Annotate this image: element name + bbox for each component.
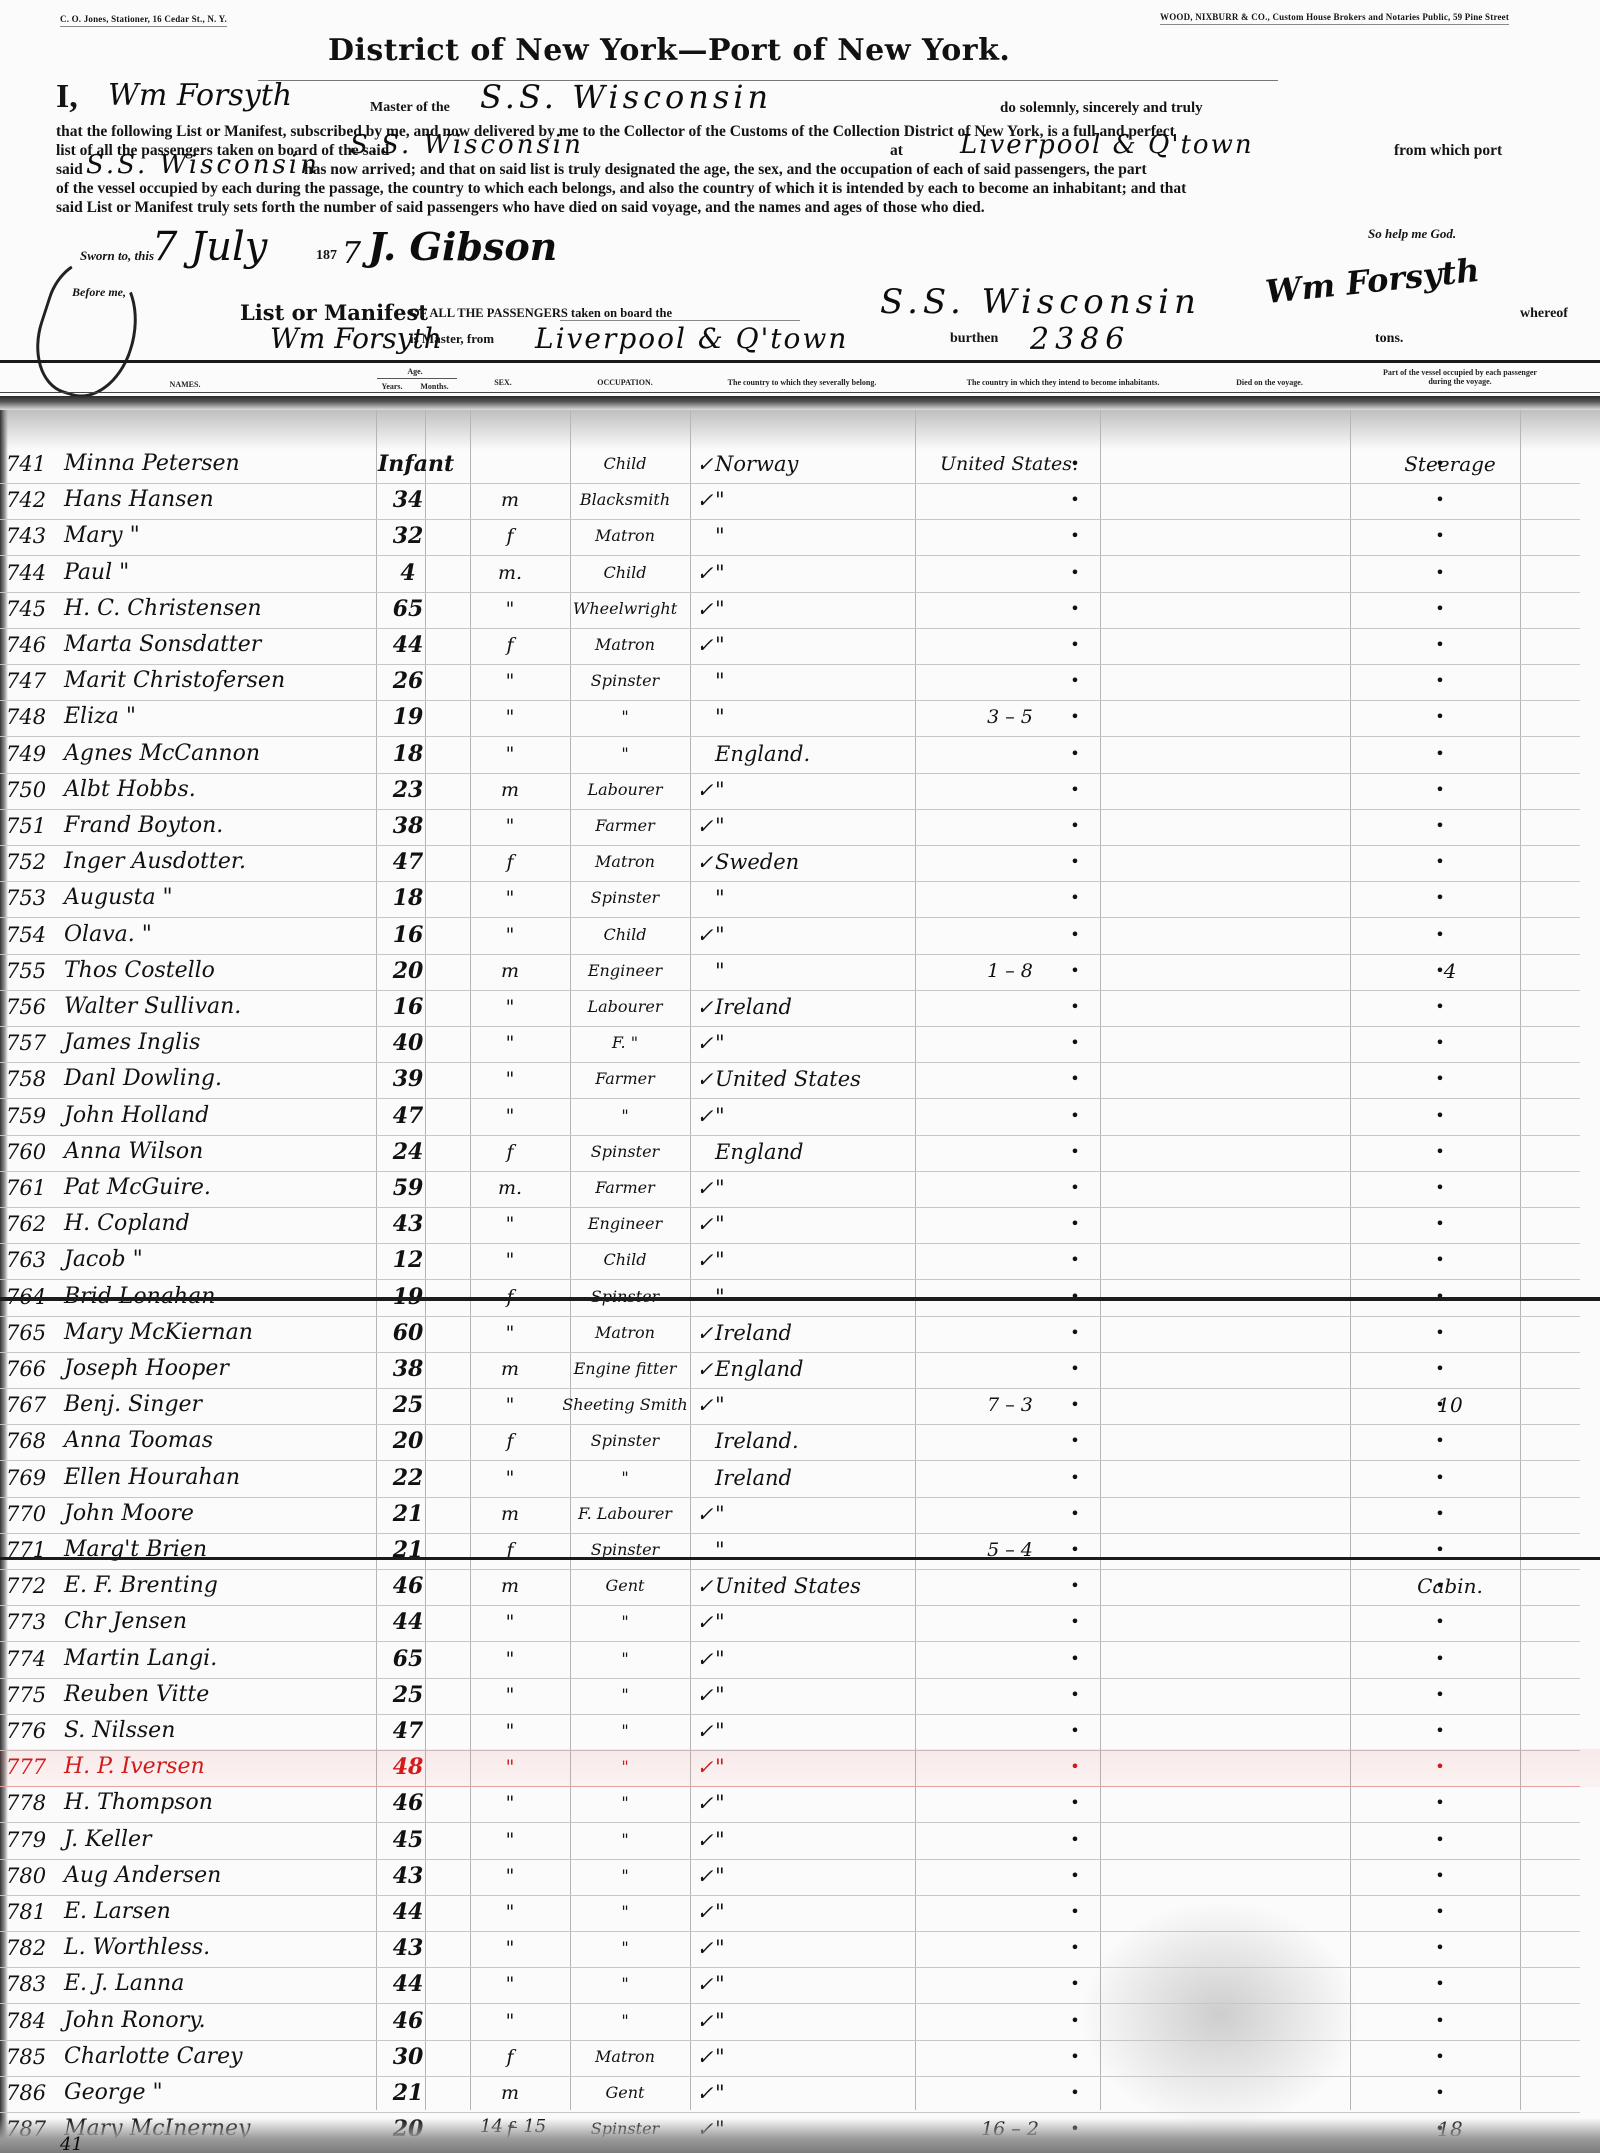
passenger-number: 786 bbox=[6, 2079, 62, 2107]
passenger-sex: " bbox=[470, 1246, 550, 1274]
ditto-mark: • bbox=[1430, 1717, 1450, 1745]
ditto-mark: • bbox=[1430, 1427, 1450, 1455]
passenger-age: 65 bbox=[378, 595, 438, 623]
passenger-occupation: Wheelwright bbox=[560, 595, 690, 623]
passenger-name: Martin Langi. bbox=[64, 1645, 374, 1673]
table-row: 750Albt Hobbs.23mLabourer✓"•• bbox=[0, 772, 1600, 810]
table-row: 765Mary McKiernan60"Matron✓Ireland•• bbox=[0, 1315, 1600, 1353]
ditto-mark: • bbox=[1065, 486, 1085, 514]
passenger-occupation: " bbox=[560, 2007, 690, 2035]
ditto-mark: • bbox=[1430, 1862, 1450, 1890]
passenger-name: E. F. Brenting bbox=[64, 1572, 374, 1600]
passenger-name: Inger Ausdotter. bbox=[64, 848, 374, 876]
country-belong: " bbox=[715, 1174, 915, 1202]
ditto-mark: • bbox=[1430, 1970, 1450, 1998]
passenger-sex: f bbox=[470, 522, 550, 550]
passenger-occupation: " bbox=[560, 1645, 690, 1673]
passenger-age: 44 bbox=[378, 1970, 438, 1998]
passenger-number: 766 bbox=[6, 1355, 62, 1383]
passenger-number: 748 bbox=[6, 703, 62, 731]
ditto-mark: • bbox=[1430, 1826, 1450, 1854]
vessel-part: Steerage bbox=[1350, 450, 1550, 478]
passenger-age: 59 bbox=[378, 1174, 438, 1202]
country-belong: " bbox=[715, 1681, 915, 1709]
ditto-mark: • bbox=[1065, 740, 1085, 768]
passenger-number: 754 bbox=[6, 921, 62, 949]
country-belong: Norway bbox=[715, 450, 915, 478]
passenger-number: 759 bbox=[6, 1102, 62, 1130]
master-name-handwritten: Wm Forsyth bbox=[108, 78, 292, 113]
passenger-age: 43 bbox=[378, 1862, 438, 1890]
passenger-occupation: F. " bbox=[560, 1029, 690, 1057]
passenger-name: Mary McKiernan bbox=[64, 1319, 374, 1347]
passenger-name: J. Keller bbox=[64, 1826, 374, 1854]
table-row: 776S. Nilssen47""✓"•• bbox=[0, 1713, 1600, 1751]
header-top-rule bbox=[0, 360, 1600, 363]
ditto-mark: • bbox=[1430, 921, 1450, 949]
ditto-mark: • bbox=[1430, 1029, 1450, 1057]
country-belong: " bbox=[715, 703, 915, 731]
passenger-sex: f bbox=[470, 631, 550, 659]
ditto-mark: • bbox=[1065, 1246, 1085, 1274]
country-belong: " bbox=[715, 1862, 915, 1890]
passenger-age: 60 bbox=[378, 1319, 438, 1347]
passenger-age: 38 bbox=[378, 1355, 438, 1383]
ditto-mark: • bbox=[1430, 884, 1450, 912]
oath-line-4-vessel: S.S. Wisconsin bbox=[86, 150, 320, 180]
age-divider bbox=[377, 378, 457, 379]
ditto-mark: • bbox=[1430, 776, 1450, 804]
passenger-name: Walter Sullivan. bbox=[64, 993, 374, 1021]
passenger-name: Olava. " bbox=[64, 921, 374, 949]
page-title: District of New York—Port of New York. bbox=[328, 33, 1010, 68]
ditto-mark: • bbox=[1430, 740, 1450, 768]
passenger-age: 47 bbox=[378, 848, 438, 876]
passenger-sex: " bbox=[470, 595, 550, 623]
passenger-name: H. P. Iversen bbox=[64, 1753, 374, 1781]
ditto-mark: • bbox=[1430, 1065, 1450, 1093]
oath-line-4-said: said bbox=[56, 160, 83, 179]
passenger-sex: " bbox=[470, 1898, 550, 1926]
table-row: 769Ellen Hourahan22""Ireland•• bbox=[0, 1460, 1600, 1498]
country-intend: United States. bbox=[940, 450, 1230, 478]
passenger-age: 20 bbox=[378, 957, 438, 985]
passenger-age: 47 bbox=[378, 1102, 438, 1130]
passenger-sex: " bbox=[470, 1789, 550, 1817]
passenger-occupation: " bbox=[560, 1102, 690, 1130]
passenger-number: 743 bbox=[6, 522, 62, 550]
ditto-mark: • bbox=[1430, 1138, 1450, 1166]
passenger-sex: m bbox=[470, 2079, 550, 2107]
passenger-number: 772 bbox=[6, 1572, 62, 1600]
passenger-number: 778 bbox=[6, 1789, 62, 1817]
passenger-sex: " bbox=[470, 1319, 550, 1347]
ditto-mark: • bbox=[1430, 1391, 1450, 1419]
tons-label: tons. bbox=[1375, 331, 1403, 347]
passenger-age: 23 bbox=[378, 776, 438, 804]
passenger-name: Marta Sonsdatter bbox=[64, 631, 374, 659]
passenger-sex: m. bbox=[470, 1174, 550, 1202]
passenger-age: 65 bbox=[378, 1645, 438, 1673]
oath-line-3-vessel: S.S. Wisconsin bbox=[350, 130, 584, 160]
passenger-occupation: Engineer bbox=[560, 1210, 690, 1238]
passenger-age: 47 bbox=[378, 1717, 438, 1745]
country-belong: " bbox=[715, 559, 915, 587]
manifest-of-all: OF ALL THE PASSENGERS taken on board the bbox=[410, 306, 672, 321]
passenger-occupation: Spinster bbox=[560, 1138, 690, 1166]
passenger-age: 25 bbox=[378, 1681, 438, 1709]
table-row: 773Chr Jensen44""✓"•• bbox=[0, 1604, 1600, 1642]
ditto-mark: • bbox=[1065, 921, 1085, 949]
passenger-name: S. Nilssen bbox=[64, 1717, 374, 1745]
passenger-occupation: Engine fitter bbox=[560, 1355, 690, 1383]
country-belong: Ireland. bbox=[715, 1427, 915, 1455]
ditto-mark: • bbox=[1065, 2007, 1085, 2035]
passenger-sex: " bbox=[470, 1681, 550, 1709]
passenger-occupation: Child bbox=[560, 1246, 690, 1274]
ditto-mark: • bbox=[1065, 1464, 1085, 1492]
passenger-name: Anna Toomas bbox=[64, 1427, 374, 1455]
ditto-mark: • bbox=[1065, 631, 1085, 659]
ditto-mark: • bbox=[1430, 1681, 1450, 1709]
ditto-mark: • bbox=[1065, 812, 1085, 840]
master-signature: Wm Forsyth bbox=[1264, 251, 1482, 311]
country-belong: " bbox=[715, 2007, 915, 2035]
ditto-mark: • bbox=[1430, 1102, 1450, 1130]
ditto-mark: • bbox=[1430, 2007, 1450, 2035]
ditto-mark: • bbox=[1430, 667, 1450, 695]
passenger-name: E. Larsen bbox=[64, 1898, 374, 1926]
so-help-me-god: So help me God. bbox=[1368, 226, 1456, 242]
ditto-mark: • bbox=[1065, 1355, 1085, 1383]
passenger-occupation: " bbox=[560, 1753, 690, 1781]
intend-annotation: 1 – 8 bbox=[945, 957, 1075, 985]
passenger-sex: " bbox=[470, 1645, 550, 1673]
passenger-number: 752 bbox=[6, 848, 62, 876]
ditto-mark: • bbox=[1430, 1645, 1450, 1673]
passenger-name: George " bbox=[64, 2079, 374, 2107]
country-belong: England bbox=[715, 1138, 915, 1166]
bottom-scan-smudge bbox=[0, 2118, 1600, 2153]
ditto-mark: • bbox=[1065, 1862, 1085, 1890]
country-belong: " bbox=[715, 595, 915, 623]
passenger-name: Minna Petersen bbox=[64, 450, 374, 478]
passenger-number: 750 bbox=[6, 776, 62, 804]
passenger-name: Eliza " bbox=[64, 703, 374, 731]
passenger-sex: f bbox=[470, 1138, 550, 1166]
passenger-sex: " bbox=[470, 1862, 550, 1890]
passenger-occupation: Child bbox=[560, 559, 690, 587]
passenger-name: John Ronory. bbox=[64, 2007, 374, 2035]
passenger-occupation: " bbox=[560, 1898, 690, 1926]
passenger-occupation: Engineer bbox=[560, 957, 690, 985]
table-row: 759John Holland47""✓"•• bbox=[0, 1098, 1600, 1136]
passenger-sex: f bbox=[470, 2043, 550, 2071]
ditto-mark: • bbox=[1430, 812, 1450, 840]
table-row: 775Reuben Vitte25""✓"•• bbox=[0, 1677, 1600, 1715]
oath-line-4-tail: has now arrived; and that on said list i… bbox=[304, 160, 1147, 179]
sworn-date-handwritten: 7 July bbox=[152, 224, 267, 270]
passenger-age: 39 bbox=[378, 1065, 438, 1093]
passenger-sex: m bbox=[470, 957, 550, 985]
country-belong: " bbox=[715, 1029, 915, 1057]
country-belong: " bbox=[715, 1970, 915, 1998]
printer-imprint-right: WOOD, NIXBURR & CO., Custom House Broker… bbox=[1160, 12, 1509, 25]
ditto-mark: • bbox=[1430, 1572, 1450, 1600]
passenger-number: 742 bbox=[6, 486, 62, 514]
ditto-mark: • bbox=[1065, 1826, 1085, 1854]
passenger-sex: f bbox=[470, 1427, 550, 1455]
ditto-mark: • bbox=[1065, 1174, 1085, 1202]
passenger-occupation: Matron bbox=[560, 848, 690, 876]
passenger-occupation: Sheeting Smith bbox=[560, 1391, 690, 1419]
passenger-occupation: Matron bbox=[560, 522, 690, 550]
ditto-mark: • bbox=[1065, 595, 1085, 623]
table-row: 772E. F. Brenting46mGent✓United StatesCa… bbox=[0, 1568, 1600, 1606]
ditto-mark: • bbox=[1430, 450, 1450, 478]
country-belong: " bbox=[715, 1645, 915, 1673]
departure-port-handwritten: Liverpool & Q'town bbox=[960, 130, 1254, 160]
passenger-occupation: Matron bbox=[560, 2043, 690, 2071]
table-row: 749Agnes McCannon18""England.•• bbox=[0, 736, 1600, 774]
passenger-number: 745 bbox=[6, 595, 62, 623]
oath-tail: do solemnly, sincerely and truly bbox=[1000, 100, 1203, 117]
table-row: 741Minna PetersenInfantChild✓NorwaySteer… bbox=[0, 446, 1600, 484]
country-belong: England bbox=[715, 1355, 915, 1383]
passenger-number: 775 bbox=[6, 1681, 62, 1709]
col-header-died: Died on the voyage. bbox=[1212, 378, 1327, 387]
passenger-sex: " bbox=[470, 1608, 550, 1636]
col-header-age: Age. bbox=[375, 367, 455, 376]
ditto-mark: • bbox=[1430, 1464, 1450, 1492]
passenger-age: 4 bbox=[378, 559, 438, 587]
country-belong: " bbox=[715, 1789, 915, 1817]
manifest-vessel-handwritten: S.S. Wisconsin bbox=[880, 282, 1201, 322]
passenger-age: 19 bbox=[378, 703, 438, 731]
passenger-age: 20 bbox=[378, 1427, 438, 1455]
ditto-mark: • bbox=[1430, 1355, 1450, 1383]
ditto-mark: • bbox=[1430, 522, 1450, 550]
country-belong: " bbox=[715, 1717, 915, 1745]
passenger-occupation: " bbox=[560, 1826, 690, 1854]
passenger-number: 757 bbox=[6, 1029, 62, 1057]
passenger-age: 44 bbox=[378, 1608, 438, 1636]
passenger-name: H. C. Christensen bbox=[64, 595, 374, 623]
table-row: 768Anna Toomas20fSpinsterIreland.•• bbox=[0, 1423, 1600, 1461]
ditto-mark: • bbox=[1065, 559, 1085, 587]
table-row: 783E. J. Lanna44""✓"•• bbox=[0, 1966, 1600, 2004]
passenger-occupation: Labourer bbox=[560, 776, 690, 804]
oath-line-3-at: at bbox=[890, 141, 903, 160]
sworn-year-suffix: 7 bbox=[342, 236, 361, 271]
passenger-age: 18 bbox=[378, 740, 438, 768]
passenger-name: Joseph Hooper bbox=[64, 1355, 374, 1383]
ditto-mark: • bbox=[1430, 2079, 1450, 2107]
passenger-sex: " bbox=[470, 1934, 550, 1962]
passenger-number: 785 bbox=[6, 2043, 62, 2071]
passenger-name: John Moore bbox=[64, 1500, 374, 1528]
passenger-age: 25 bbox=[378, 1391, 438, 1419]
country-belong: " bbox=[715, 631, 915, 659]
passenger-name: Ellen Hourahan bbox=[64, 1464, 374, 1492]
passenger-name: Aug Andersen bbox=[64, 1862, 374, 1890]
passenger-occupation: " bbox=[560, 703, 690, 731]
ditto-mark: • bbox=[1065, 2043, 1085, 2071]
passenger-sex: " bbox=[470, 1210, 550, 1238]
passenger-occupation: Farmer bbox=[560, 1174, 690, 1202]
passenger-sex: " bbox=[470, 993, 550, 1021]
passenger-sex: m bbox=[470, 1355, 550, 1383]
vessel-name-handwritten: S.S. Wisconsin bbox=[480, 78, 772, 116]
ditto-mark: • bbox=[1065, 703, 1085, 731]
ditto-mark: • bbox=[1430, 703, 1450, 731]
passenger-age: 38 bbox=[378, 812, 438, 840]
passenger-sex: " bbox=[470, 1717, 550, 1745]
country-belong: " bbox=[715, 1753, 915, 1781]
passenger-age: 34 bbox=[378, 486, 438, 514]
passenger-age: 44 bbox=[378, 631, 438, 659]
passenger-occupation: " bbox=[560, 1608, 690, 1636]
country-belong: " bbox=[715, 2079, 915, 2107]
country-belong: " bbox=[715, 1934, 915, 1962]
passenger-number: 765 bbox=[6, 1319, 62, 1347]
ditto-mark: • bbox=[1065, 1391, 1085, 1419]
passenger-number: 747 bbox=[6, 667, 62, 695]
passenger-number: 751 bbox=[6, 812, 62, 840]
table-row: 757James Inglis40"F. "✓"•• bbox=[0, 1025, 1600, 1063]
passenger-sex: m bbox=[470, 1572, 550, 1600]
ditto-mark: • bbox=[1430, 1319, 1450, 1347]
printer-imprint-left: C. O. Jones, Stationer, 16 Cedar St., N.… bbox=[60, 14, 227, 27]
passenger-occupation: " bbox=[560, 1862, 690, 1890]
ditto-mark: • bbox=[1065, 957, 1085, 985]
ditto-mark: • bbox=[1430, 631, 1450, 659]
passenger-number: 761 bbox=[6, 1174, 62, 1202]
ditto-mark: • bbox=[1065, 848, 1085, 876]
passenger-occupation: Matron bbox=[560, 1319, 690, 1347]
manifest-whereof: whereof bbox=[1520, 306, 1568, 322]
passenger-number: 779 bbox=[6, 1826, 62, 1854]
passenger-age: 43 bbox=[378, 1934, 438, 1962]
passenger-name: Danl Dowling. bbox=[64, 1065, 374, 1093]
passenger-number: 749 bbox=[6, 740, 62, 768]
col-header-months: Months. bbox=[412, 382, 457, 391]
table-row: 760Anna Wilson24fSpinsterEngland•• bbox=[0, 1134, 1600, 1172]
ditto-mark: • bbox=[1065, 1572, 1085, 1600]
country-belong: " bbox=[715, 522, 915, 550]
scan-shade bbox=[0, 410, 1600, 450]
passenger-number: 777 bbox=[6, 1753, 62, 1781]
passenger-occupation: Gent bbox=[560, 1572, 690, 1600]
passenger-sex: m bbox=[470, 1500, 550, 1528]
ditto-mark: • bbox=[1430, 1789, 1450, 1817]
passenger-sex: " bbox=[470, 1391, 550, 1419]
officer-initials-flourish bbox=[21, 250, 154, 409]
country-belong: Ireland bbox=[715, 993, 915, 1021]
passenger-age: 24 bbox=[378, 1138, 438, 1166]
passenger-age: 16 bbox=[378, 993, 438, 1021]
ditto-mark: • bbox=[1065, 1319, 1085, 1347]
table-row: 784John Ronory.46""✓"•• bbox=[0, 2003, 1600, 2041]
passenger-name: Marit Christofersen bbox=[64, 667, 374, 695]
passenger-number: 783 bbox=[6, 1970, 62, 1998]
table-row: 781E. Larsen44""✓"•• bbox=[0, 1894, 1600, 1932]
passenger-occupation: " bbox=[560, 1970, 690, 1998]
country-belong: England. bbox=[715, 740, 915, 768]
passenger-sex: m bbox=[470, 776, 550, 804]
ditto-mark: • bbox=[1065, 1934, 1085, 1962]
passenger-number: 760 bbox=[6, 1138, 62, 1166]
ditto-mark: • bbox=[1430, 1753, 1450, 1781]
ditto-mark: • bbox=[1065, 1138, 1085, 1166]
master-of-label: Master of the bbox=[370, 100, 450, 116]
table-row: 745H. C. Christensen65"Wheelwright✓"•• bbox=[0, 591, 1600, 629]
passenger-sex: " bbox=[470, 667, 550, 695]
country-belong: " bbox=[715, 921, 915, 949]
ditto-mark: • bbox=[1430, 1500, 1450, 1528]
table-row: 763Jacob "12"Child✓"•• bbox=[0, 1242, 1600, 1280]
passenger-age: 32 bbox=[378, 522, 438, 550]
country-belong: " bbox=[715, 1102, 915, 1130]
passenger-number: 780 bbox=[6, 1862, 62, 1890]
ditto-mark: • bbox=[1065, 1608, 1085, 1636]
passenger-age: 46 bbox=[378, 1789, 438, 1817]
table-row: 754Olava. "16"Child✓"•• bbox=[0, 917, 1600, 955]
passenger-occupation: " bbox=[560, 1717, 690, 1745]
oath-line-6: said List or Manifest truly sets forth t… bbox=[56, 198, 985, 217]
intend-annotation: 7 – 3 bbox=[945, 1391, 1075, 1419]
passenger-occupation: Blacksmith bbox=[560, 486, 690, 514]
table-row: 742Hans Hansen34mBlacksmith✓"•• bbox=[0, 482, 1600, 520]
passenger-sex: " bbox=[470, 1102, 550, 1130]
passenger-age: 21 bbox=[378, 1500, 438, 1528]
vessel-part: 4 bbox=[1350, 957, 1550, 985]
passenger-number: 753 bbox=[6, 884, 62, 912]
page-mark: 41 bbox=[60, 2134, 83, 2153]
passenger-number: 744 bbox=[6, 559, 62, 587]
ditto-mark: • bbox=[1430, 595, 1450, 623]
passenger-age: Infant bbox=[378, 450, 438, 478]
passenger-name: John Holland bbox=[64, 1102, 374, 1130]
passenger-sex: " bbox=[470, 1464, 550, 1492]
passenger-name: Paul " bbox=[64, 559, 374, 587]
passenger-number: 767 bbox=[6, 1391, 62, 1419]
col-header-country-belong: The country to which they severally belo… bbox=[692, 378, 912, 387]
section-rule-after-764 bbox=[0, 1297, 1600, 1301]
country-belong: " bbox=[715, 1608, 915, 1636]
passenger-age: 45 bbox=[378, 1826, 438, 1854]
ditto-mark: • bbox=[1065, 1500, 1085, 1528]
table-row: 777H. P. Iversen48""✓"•• bbox=[0, 1749, 1600, 1787]
passenger-occupation: F. Labourer bbox=[560, 1500, 690, 1528]
ditto-mark: • bbox=[1065, 2079, 1085, 2107]
passenger-occupation: Matron bbox=[560, 631, 690, 659]
table-row: 785Charlotte Carey30fMatron✓"•• bbox=[0, 2039, 1600, 2077]
oath-line-5: of the vessel occupied by each during th… bbox=[56, 179, 1186, 198]
country-belong: " bbox=[715, 776, 915, 804]
table-row: 744Paul "4m.Child✓"•• bbox=[0, 555, 1600, 593]
passenger-number: 755 bbox=[6, 957, 62, 985]
passenger-sex: " bbox=[470, 703, 550, 731]
passenger-name: Albt Hobbs. bbox=[64, 776, 374, 804]
passenger-sex: " bbox=[470, 884, 550, 912]
intend-annotation: 3 – 5 bbox=[945, 703, 1075, 731]
ditto-mark: • bbox=[1065, 1789, 1085, 1817]
passenger-number: 741 bbox=[6, 450, 62, 478]
section-rule-after-771 bbox=[0, 1557, 1600, 1560]
country-belong: " bbox=[715, 1246, 915, 1274]
ditto-mark: • bbox=[1065, 667, 1085, 695]
